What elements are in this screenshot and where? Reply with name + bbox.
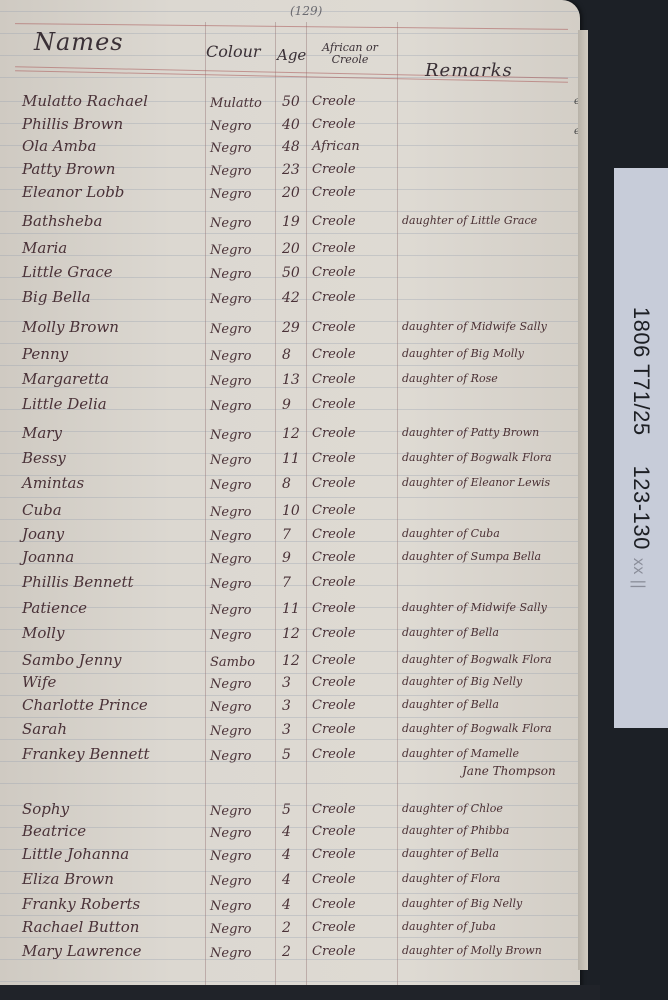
origin-cell: Creole bbox=[312, 675, 356, 690]
age-cell: 3 bbox=[282, 698, 308, 714]
colour-cell: Negro bbox=[210, 243, 251, 258]
remarks-cell: daughter of Little Grace bbox=[402, 214, 537, 227]
table-row: Patty BrownNegro23Creole bbox=[0, 160, 580, 184]
table-row: Little JohannaNegro4Creoledaughter of Be… bbox=[0, 845, 580, 869]
colour-cell: Negro bbox=[210, 529, 251, 544]
origin-cell: Creole bbox=[312, 94, 356, 109]
table-row: Charlotte PrinceNegro3Creoledaughter of … bbox=[0, 696, 580, 720]
header-names: Names bbox=[34, 28, 124, 56]
age-cell: 10 bbox=[282, 503, 308, 519]
table-row: AmintasNegro8Creoledaughter of Eleanor L… bbox=[0, 474, 580, 498]
table-row: Little DeliaNegro9Creole bbox=[0, 395, 580, 419]
remarks-cell: daughter of Bogwalk Flora bbox=[402, 451, 552, 464]
table-row: SophyNegro5Creoledaughter of Chloe bbox=[0, 800, 580, 824]
table-row: Eleanor LobbNegro20Creole bbox=[0, 183, 580, 207]
colour-cell: Negro bbox=[210, 399, 251, 414]
name-cell: Bathsheba bbox=[22, 212, 102, 230]
origin-cell: Creole bbox=[312, 290, 356, 305]
age-cell: 5 bbox=[282, 802, 308, 818]
origin-cell: Creole bbox=[312, 747, 356, 762]
age-cell: 48 bbox=[282, 139, 308, 155]
age-cell: 13 bbox=[282, 372, 308, 388]
colour-cell: Negro bbox=[210, 216, 251, 231]
origin-cell: Creole bbox=[312, 347, 356, 362]
origin-cell: Creole bbox=[312, 575, 356, 590]
origin-cell: Creole bbox=[312, 185, 356, 200]
colour-cell: Negro bbox=[210, 119, 251, 134]
colour-cell: Negro bbox=[210, 478, 251, 493]
colour-cell: Negro bbox=[210, 374, 251, 389]
remarks-cell: daughter of Bella bbox=[402, 626, 499, 639]
colour-cell: Negro bbox=[210, 899, 251, 914]
remarks-cell: daughter of Mamelle bbox=[402, 747, 519, 760]
table-row: Mary LawrenceNegro2Creoledaughter of Mol… bbox=[0, 942, 580, 966]
colour-cell: Negro bbox=[210, 267, 251, 282]
colour-cell: Negro bbox=[210, 505, 251, 520]
table-row: Rachael ButtonNegro2Creoledaughter of Ju… bbox=[0, 918, 580, 942]
origin-cell: Creole bbox=[312, 601, 356, 616]
name-cell: Charlotte Prince bbox=[22, 696, 148, 714]
table-row: JoanyNegro7Creoledaughter of Cuba bbox=[0, 525, 580, 549]
origin-cell: Creole bbox=[312, 802, 356, 817]
colour-cell: Negro bbox=[210, 322, 251, 337]
origin-cell: Creole bbox=[312, 653, 356, 668]
name-cell: Penny bbox=[22, 345, 68, 363]
origin-cell: Creole bbox=[312, 722, 356, 737]
origin-cell: African bbox=[312, 139, 360, 154]
header-remarks: Remarks bbox=[425, 60, 513, 81]
colour-cell: Negro bbox=[210, 349, 251, 364]
colour-cell: Negro bbox=[210, 677, 251, 692]
age-cell: 50 bbox=[282, 265, 308, 281]
remarks-cell: daughter of Bella bbox=[402, 847, 499, 860]
age-cell: 3 bbox=[282, 675, 308, 691]
table-row: Little GraceNegro50Creole bbox=[0, 263, 580, 287]
name-cell: Joany bbox=[22, 525, 64, 543]
age-cell: 4 bbox=[282, 847, 308, 863]
table-row: PatienceNegro11Creoledaughter of Midwife… bbox=[0, 599, 580, 623]
table-row: Big BellaNegro42Creole bbox=[0, 288, 580, 312]
age-cell: 4 bbox=[282, 872, 308, 888]
colour-cell: Negro bbox=[210, 187, 251, 202]
remarks-cell: daughter of Chloe bbox=[402, 802, 503, 815]
age-cell: 2 bbox=[282, 920, 308, 936]
colour-cell: Negro bbox=[210, 164, 251, 179]
name-cell: Ola Amba bbox=[22, 137, 96, 155]
remarks-cell: daughter of Rose bbox=[402, 372, 498, 385]
register-page: (129) Names Colour Age African or Creole… bbox=[0, 0, 580, 992]
colour-cell: Negro bbox=[210, 628, 251, 643]
tally-mark: хх || bbox=[630, 558, 647, 589]
origin-cell: Creole bbox=[312, 426, 356, 441]
table-row: WifeNegro3Creoledaughter of Big Nelly bbox=[0, 673, 580, 697]
colour-cell: Negro bbox=[210, 749, 251, 764]
table-row: MariaNegro20Creole bbox=[0, 239, 580, 263]
name-cell: Eliza Brown bbox=[22, 870, 114, 888]
colour-cell: Negro bbox=[210, 849, 251, 864]
colour-cell: Mulatto bbox=[210, 96, 262, 111]
origin-cell: Creole bbox=[312, 824, 356, 839]
origin-cell: Creole bbox=[312, 698, 356, 713]
name-cell: Patience bbox=[22, 599, 87, 617]
age-cell: 19 bbox=[282, 214, 308, 230]
colour-cell: Negro bbox=[210, 700, 251, 715]
name-cell: Patty Brown bbox=[22, 160, 115, 178]
name-cell: Margaretta bbox=[22, 370, 109, 388]
age-cell: 5 bbox=[282, 747, 308, 763]
age-cell: 8 bbox=[282, 476, 308, 492]
remarks-cell: daughter of Patty Brown bbox=[402, 426, 539, 439]
origin-cell: Creole bbox=[312, 214, 356, 229]
page-number: (129) bbox=[290, 4, 322, 18]
name-cell: Sambo Jenny bbox=[22, 651, 122, 669]
table-row: BessyNegro11Creoledaughter of Bogwalk Fl… bbox=[0, 449, 580, 473]
remarks-cell: daughter of Molly Brown bbox=[402, 944, 542, 957]
table-row: Mulatto RachaelMulatto50Creole bbox=[0, 92, 580, 116]
age-cell: 29 bbox=[282, 320, 308, 336]
table-row: MaryNegro12Creoledaughter of Patty Brown bbox=[0, 424, 580, 448]
colour-cell: Negro bbox=[210, 292, 251, 307]
remarks-cell: daughter of Juba bbox=[402, 920, 496, 933]
remarks-cell: daughter of Bogwalk Flora bbox=[402, 653, 552, 666]
age-cell: 7 bbox=[282, 575, 308, 591]
age-cell: 4 bbox=[282, 824, 308, 840]
origin-cell: Creole bbox=[312, 872, 356, 887]
table-row: MargarettaNegro13Creoledaughter of Rose bbox=[0, 370, 580, 394]
remarks-cell: daughter of Big Nelly bbox=[402, 675, 522, 688]
name-cell: Cuba bbox=[22, 501, 62, 519]
table-row: BathshebaNegro19Creoledaughter of Little… bbox=[0, 212, 580, 236]
origin-cell: Creole bbox=[312, 503, 356, 518]
remarks-cell: daughter of Bella bbox=[402, 698, 499, 711]
name-cell: Mary bbox=[22, 424, 62, 442]
age-cell: 11 bbox=[282, 601, 308, 617]
name-cell: Phillis Bennett bbox=[22, 573, 134, 591]
colour-cell: Sambo bbox=[210, 655, 255, 670]
colour-cell: Negro bbox=[210, 577, 251, 592]
age-cell: 42 bbox=[282, 290, 308, 306]
origin-cell: Creole bbox=[312, 397, 356, 412]
age-cell: 50 bbox=[282, 94, 308, 110]
origin-cell: Creole bbox=[312, 372, 356, 387]
age-cell: 20 bbox=[282, 241, 308, 257]
age-cell: 9 bbox=[282, 397, 308, 413]
age-cell: 12 bbox=[282, 426, 308, 442]
archive-label: 1806 T71/25123-130хх || bbox=[614, 168, 668, 728]
remarks-cell: daughter of Phibba bbox=[402, 824, 509, 837]
colour-cell: Negro bbox=[210, 922, 251, 937]
name-cell: Molly bbox=[22, 624, 64, 642]
origin-cell: Creole bbox=[312, 117, 356, 132]
name-cell: Frankey Bennett bbox=[22, 745, 150, 763]
remarks-cell: daughter of Cuba bbox=[402, 527, 500, 540]
header-age: Age bbox=[277, 46, 306, 64]
name-cell: Eleanor Lobb bbox=[22, 183, 124, 201]
name-cell: Molly Brown bbox=[22, 318, 119, 336]
name-cell: Phillis Brown bbox=[22, 115, 123, 133]
table-row: Molly BrownNegro29Creoledaughter of Midw… bbox=[0, 318, 580, 342]
archive-reference: 1806 T71/25 bbox=[629, 307, 654, 436]
extra-note: Jane Thompson bbox=[462, 764, 556, 778]
colour-cell: Negro bbox=[210, 552, 251, 567]
table-row: Eliza BrownNegro4Creoledaughter of Flora bbox=[0, 870, 580, 894]
colour-cell: Negro bbox=[210, 874, 251, 889]
origin-cell: Creole bbox=[312, 626, 356, 641]
origin-cell: Creole bbox=[312, 944, 356, 959]
name-cell: Amintas bbox=[22, 474, 84, 492]
archive-pages: 123-130 bbox=[629, 466, 654, 550]
name-cell: Big Bella bbox=[22, 288, 91, 306]
colour-cell: Negro bbox=[210, 724, 251, 739]
name-cell: Little Johanna bbox=[22, 845, 129, 863]
name-cell: Sarah bbox=[22, 720, 67, 738]
origin-cell: Creole bbox=[312, 847, 356, 862]
table-row: MollyNegro12Creoledaughter of Bella bbox=[0, 624, 580, 648]
name-cell: Little Delia bbox=[22, 395, 107, 413]
age-cell: 20 bbox=[282, 185, 308, 201]
age-cell: 2 bbox=[282, 944, 308, 960]
origin-cell: Creole bbox=[312, 550, 356, 565]
name-cell: Maria bbox=[22, 239, 67, 257]
header-colour: Colour bbox=[206, 42, 261, 61]
remarks-cell: daughter of Eleanor Lewis bbox=[402, 476, 550, 489]
age-cell: 11 bbox=[282, 451, 308, 467]
colour-cell: Negro bbox=[210, 453, 251, 468]
remarks-cell: daughter of Big Nelly bbox=[402, 897, 522, 910]
name-cell: Mary Lawrence bbox=[22, 942, 141, 960]
origin-cell: Creole bbox=[312, 320, 356, 335]
header-african-or-creole: African or Creole bbox=[320, 42, 380, 66]
age-cell: 40 bbox=[282, 117, 308, 133]
name-cell: Franky Roberts bbox=[22, 895, 140, 913]
colour-cell: Negro bbox=[210, 946, 251, 961]
background-strip bbox=[0, 985, 600, 1000]
name-cell: Rachael Button bbox=[22, 918, 139, 936]
table-row: JoannaNegro9Creoledaughter of Sumpa Bell… bbox=[0, 548, 580, 572]
age-cell: 12 bbox=[282, 653, 308, 669]
table-row: Sambo JennySambo12Creoledaughter of Bogw… bbox=[0, 651, 580, 675]
remarks-cell: daughter of Sumpa Bella bbox=[402, 550, 541, 563]
remarks-cell: daughter of Midwife Sally bbox=[402, 320, 547, 333]
age-cell: 8 bbox=[282, 347, 308, 363]
remarks-cell: daughter of Big Molly bbox=[402, 347, 524, 360]
colour-cell: Negro bbox=[210, 826, 251, 841]
age-cell: 23 bbox=[282, 162, 308, 178]
table-row: Phillis BrownNegro40Creole bbox=[0, 115, 580, 139]
table-row: Franky RobertsNegro4Creoledaughter of Bi… bbox=[0, 895, 580, 919]
name-cell: Beatrice bbox=[22, 822, 86, 840]
table-row: PennyNegro8Creoledaughter of Big Molly bbox=[0, 345, 580, 369]
origin-cell: Creole bbox=[312, 162, 356, 177]
origin-cell: Creole bbox=[312, 527, 356, 542]
name-cell: Joanna bbox=[22, 548, 74, 566]
origin-cell: Creole bbox=[312, 476, 356, 491]
age-cell: 3 bbox=[282, 722, 308, 738]
name-cell: Sophy bbox=[22, 800, 69, 818]
table-row: Ola AmbaNegro48African bbox=[0, 137, 580, 161]
origin-cell: Creole bbox=[312, 920, 356, 935]
archive-label-text: 1806 T71/25123-130хх || bbox=[628, 307, 654, 589]
age-cell: 9 bbox=[282, 550, 308, 566]
age-cell: 7 bbox=[282, 527, 308, 543]
colour-cell: Negro bbox=[210, 603, 251, 618]
age-cell: 4 bbox=[282, 897, 308, 913]
colour-cell: Negro bbox=[210, 141, 251, 156]
table-row: CubaNegro10Creole bbox=[0, 501, 580, 525]
colour-cell: Negro bbox=[210, 804, 251, 819]
origin-cell: Creole bbox=[312, 265, 356, 280]
name-cell: Wife bbox=[22, 673, 56, 691]
name-cell: Bessy bbox=[22, 449, 66, 467]
origin-cell: Creole bbox=[312, 897, 356, 912]
remarks-cell: daughter of Flora bbox=[402, 872, 500, 885]
name-cell: Little Grace bbox=[22, 263, 113, 281]
age-cell: 12 bbox=[282, 626, 308, 642]
remarks-cell: daughter of Bogwalk Flora bbox=[402, 722, 552, 735]
name-cell: Mulatto Rachael bbox=[22, 92, 148, 110]
table-row: BeatriceNegro4Creoledaughter of Phibba bbox=[0, 822, 580, 846]
table-row: SarahNegro3Creoledaughter of Bogwalk Flo… bbox=[0, 720, 580, 744]
colour-cell: Negro bbox=[210, 428, 251, 443]
remarks-cell: daughter of Midwife Sally bbox=[402, 601, 547, 614]
origin-cell: Creole bbox=[312, 241, 356, 256]
origin-cell: Creole bbox=[312, 451, 356, 466]
page-edge bbox=[578, 30, 588, 970]
table-row: Phillis BennettNegro7Creole bbox=[0, 573, 580, 597]
